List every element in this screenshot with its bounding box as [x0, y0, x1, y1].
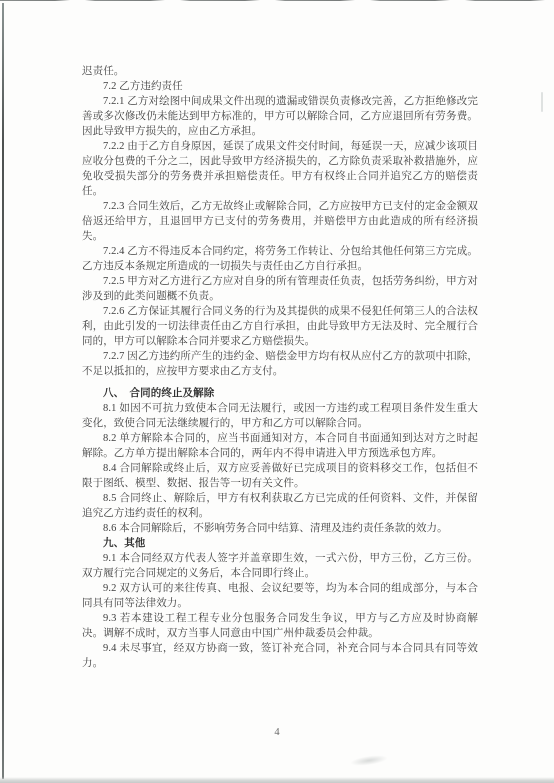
section-9-heading: 九、其他 — [82, 536, 478, 551]
clause-7-2-1: 7.2.1 乙方对绘图中间成果文件出现的遗漏或错误负责修改完善，乙方拒绝修改完善… — [82, 94, 478, 139]
clause-9-3: 9.3 若本建设工程工程专业分包服务合同发生争议，甲方与乙方应及时协商解决。调解… — [82, 611, 478, 641]
clause-8-6: 8.6 本合同解除后，不影响劳务合同中结算、清理及违约责任条款的效力。 — [82, 521, 478, 536]
scan-edge-right-mark — [541, 92, 543, 112]
clause-7-2-2: 7.2.2 由于乙方自身原因，延误了成果文件交付时间，每延误一天，应减少该项目应… — [82, 139, 478, 199]
clause-8-4: 8.4 合同解除或终止后，双方应妥善做好已完成项目的资料移交工作，包括但不限于图… — [82, 461, 478, 491]
page-number: 4 — [0, 727, 554, 738]
clause-7-2-7: 7.2.7 因乙方违约所产生的违约金、赔偿金甲方均有权从应付乙方的款项中扣除，不… — [82, 349, 478, 379]
clause-8-5: 8.5 合同终止、解除后，甲方有权利获取乙方已完成的任何资料、文件，并保留追究乙… — [82, 491, 478, 521]
clause-9-2: 9.2 双方认可的来往传真、电报、会议纪要等，均为本合同的组成部分，与本合同具有… — [82, 581, 478, 611]
section-8-heading: 八、 合同的终止及解除 — [82, 386, 478, 401]
clause-8-1: 8.1 如因不可抗力致使本合同无法履行，或因一方违约或工程项目条件发生重大变化，… — [82, 401, 478, 431]
clause-9-1: 9.1 本合同经双方代表人签字并盖章即生效，一式六份，甲方三份，乙方三份。双方履… — [82, 551, 478, 581]
clause-7-2-heading: 7.2 乙方违约责任 — [82, 79, 478, 94]
scan-edge-left — [2, 3, 4, 779]
clause-9-4: 9.4 未尽事宜，经双方协商一致，签订补充合同，补充合同与本合同具有同等效力。 — [82, 641, 478, 671]
scanned-contract-page: 迟责任。 7.2 乙方违约责任 7.2.1 乙方对绘图中间成果文件出现的遗漏或错… — [0, 0, 554, 783]
clause-7-2-6: 7.2.6 乙方保证其履行合同义务的行为及其提供的成果不侵犯任何第三人的合法权利… — [82, 304, 478, 349]
scan-edge-bottom — [0, 777, 554, 783]
clause-7-2-3: 7.2.3 合同生效后，乙方无故终止或解除合同，乙方应按甲方已支付的定金金额双倍… — [82, 199, 478, 244]
contract-body: 迟责任。 7.2 乙方违约责任 7.2.1 乙方对绘图中间成果文件出现的遗漏或错… — [82, 64, 478, 671]
clause-8-2: 8.2 单方解除本合同的，应当书面通知对方，本合同自书面通知到达对方之时起解除。… — [82, 431, 478, 461]
scan-edge-top — [0, 0, 554, 1]
clause-7-2-5: 7.2.5 甲方对乙方进行乙方应对自身的所有管理责任负责，包括劳务纠纷，甲方对涉… — [82, 274, 478, 304]
clause-7-2-4: 7.2.4 乙方不得违反本合同约定，将劳务工作转让、分包给其他任何第三方完成。乙… — [82, 244, 478, 274]
scan-smudge — [350, 753, 389, 767]
carryover-line: 迟责任。 — [82, 64, 478, 79]
